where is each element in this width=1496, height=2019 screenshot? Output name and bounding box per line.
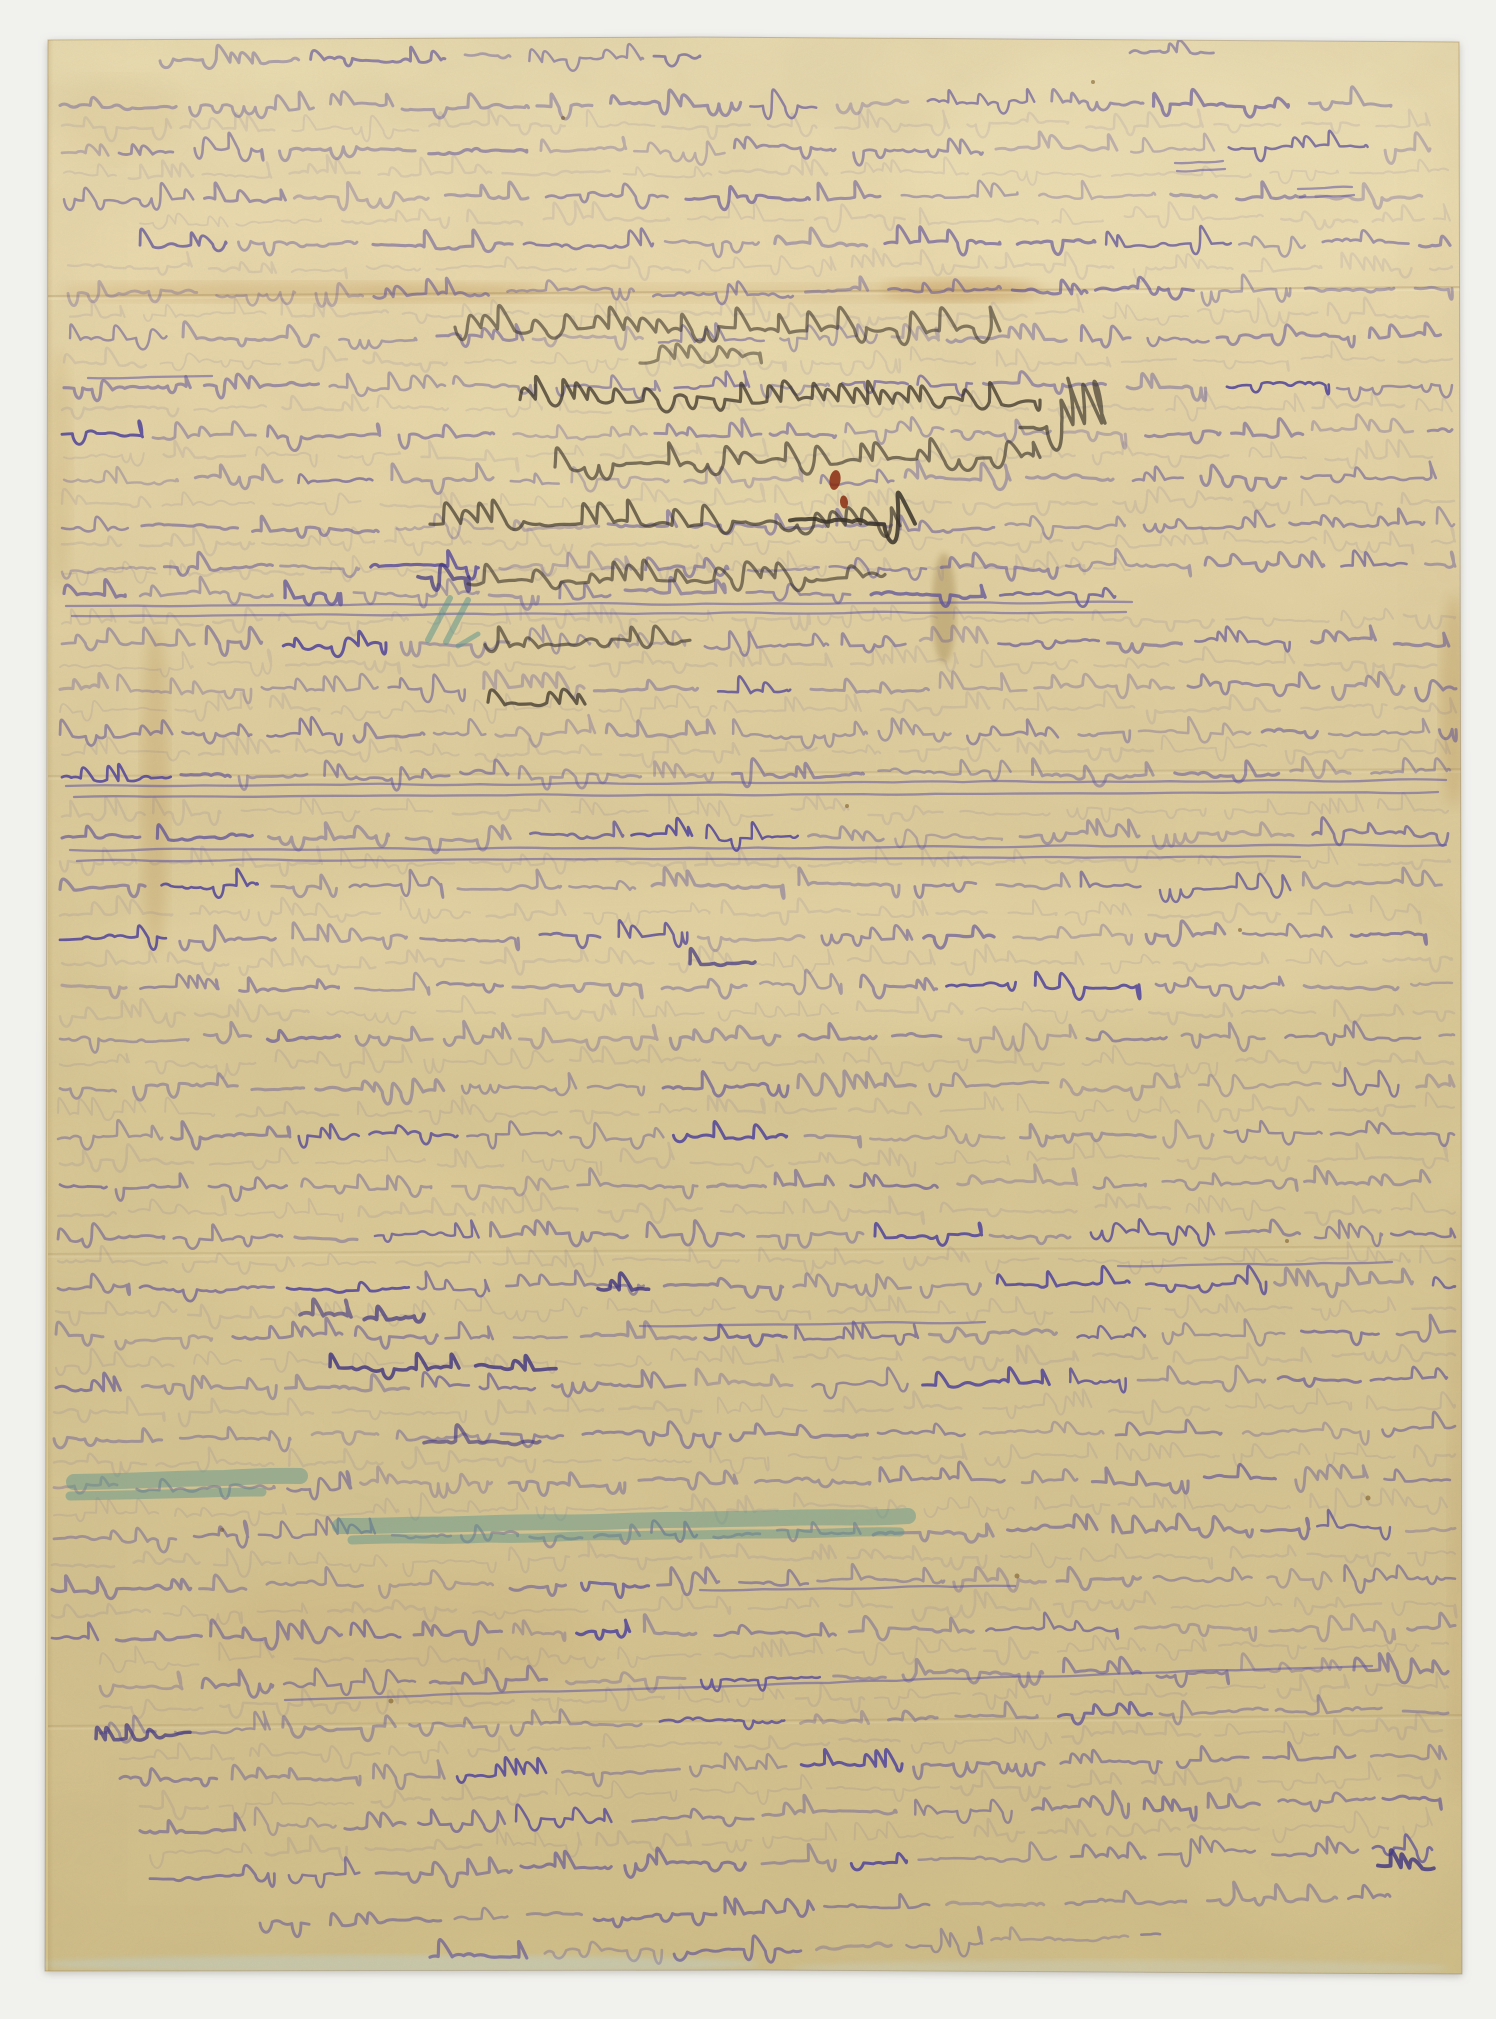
scanned-letter-page (0, 0, 1496, 2019)
foxing-speck (1366, 1496, 1371, 1501)
teal-highlight-stroke (74, 1476, 300, 1482)
foxing-speck (1238, 928, 1242, 932)
teal-highlight-stroke (70, 1492, 262, 1496)
handwriting-word-stroke (1141, 1934, 1160, 1935)
foxing-speck (1285, 1239, 1289, 1243)
handwriting-word-stroke (1432, 1643, 1448, 1644)
foxing-speck (1015, 1574, 1020, 1579)
foxing-speck (220, 1528, 224, 1532)
handwriting-word-stroke (1440, 1034, 1454, 1035)
foxing-speck (561, 116, 565, 120)
letter-scan-image (0, 0, 1496, 2019)
foxing-speck (845, 804, 849, 808)
foxing-speck (1091, 80, 1095, 84)
foxing-speck (389, 1699, 394, 1704)
teal-highlight-stroke (340, 1516, 908, 1526)
